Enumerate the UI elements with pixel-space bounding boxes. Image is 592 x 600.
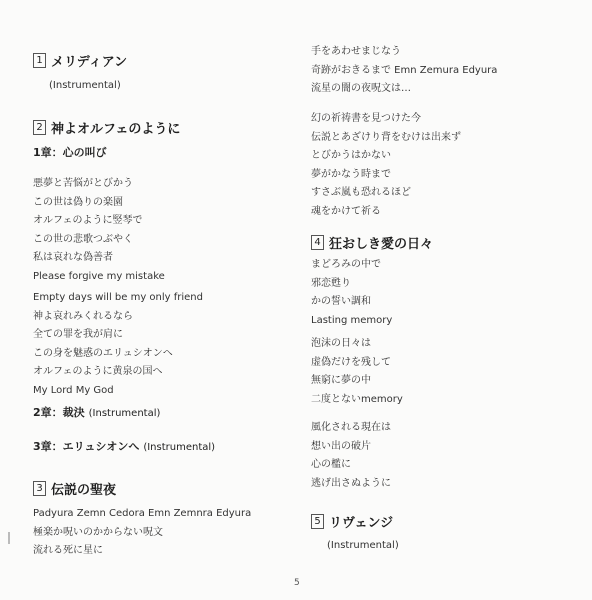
track-1-title: 1 メリディアン [33,51,127,70]
lyric-line: 二度とないmemory [311,391,403,410]
lyric-line: 想い出の破片 [311,438,391,457]
chapter-3-heading: 3章：エリュシオンへ(Instrumental) [33,438,215,454]
track-4-title: 4 狂おしき愛の日々 [311,233,433,252]
lyrics-block: 泡沫の日々は 虚偽だけを残して 無窮に夢の中 二度とないmemory [311,335,403,409]
page-edge-mark [8,532,10,544]
track-number-box: 3 [33,481,46,496]
track-title-text: 伝説の聖夜 [51,479,116,498]
track-number-box: 2 [33,120,46,135]
lyric-line: 無窮に夢の中 [311,372,403,391]
track-3-title: 3 伝説の聖夜 [33,479,116,498]
track-1-instrumental-note: (Instrumental) [49,80,121,91]
track-5-instrumental-note: (Instrumental) [327,540,399,551]
lyric-line: かの誓い調和 [311,293,392,312]
chapter-label: 3章：エリュシオンへ [33,440,139,453]
page-number: 5 [294,578,300,588]
lyric-line: 逃げ出さぬように [311,475,391,494]
chapter-instrumental-note: (Instrumental) [143,442,215,453]
lyric-line: Empty days will be my only friend [33,289,203,308]
lyric-line: 悪夢と苦悩がとびかう [33,175,165,194]
lyric-line: すさぶ嵐も恐れるほど [311,184,461,203]
lyric-line: 幻の祈祷書を見つけた今 [311,110,461,129]
lyrics-block: 悪夢と苦悩がとびかう この世は偽りの楽園 オルフェのように竪琴で この世の悲歌つ… [33,175,165,286]
track-title-text: 神よオルフェのように [51,118,180,137]
lyric-line: Please forgive my mistake [33,268,165,287]
track-number-box: 5 [311,514,324,529]
lyric-line: 伝説とあざけり背をむけは出来ず [311,129,461,148]
lyric-line: 極楽か呪いのかからない呪文 [33,524,251,543]
track-title-text: メリディアン [51,51,127,70]
lyric-line: この世の悲歌つぶやく [33,231,165,250]
lyrics-block: 手をあわせまじなう 奇跡がおきるまで Emn Zemura Edyura 流星の… [311,43,497,99]
track-5-title: 5 リヴェンジ [311,512,393,531]
lyrics-block: 幻の祈祷書を見つけた今 伝説とあざけり背をむけは出来ず とびかうはかない 夢がか… [311,110,461,221]
lyric-line: 私は哀れな偽善者 [33,249,165,268]
lyric-line: 風化される現在は [311,419,391,438]
lyric-line: 虚偽だけを残して [311,354,403,373]
lyrics-block: 風化される現在は 想い出の破片 心の檻に 逃げ出さぬように [311,419,391,493]
track-number-box: 4 [311,235,324,250]
lyric-line: Lasting memory [311,312,392,331]
chapter-label: 2章：裁決 [33,406,85,419]
lyric-line: この世は偽りの楽園 [33,194,165,213]
lyric-line: 流星の闇の夜呪文は… [311,80,497,99]
track-title-text: 狂おしき愛の日々 [329,233,433,252]
track-2-title: 2 神よオルフェのように [33,118,180,137]
lyric-line: 奇跡がおきるまで Emn Zemura Edyura [311,62,497,81]
lyric-line: この身を魅惑のエリュシオンへ [33,345,203,364]
lyric-line: 泡沫の日々は [311,335,403,354]
lyrics-block: Empty days will be my only friend 神よ哀れみく… [33,289,203,400]
lyric-line: 夢がかなう時まで [311,166,461,185]
lyric-line: オルフェのように黄泉の国へ [33,363,203,382]
lyric-line: 全ての罪を我が肩に [33,326,203,345]
lyric-line: 流れる死に星に [33,542,251,561]
chapter-2-heading: 2章：裁決(Instrumental) [33,404,160,420]
lyrics-block: まどろみの中で 邪恋甦り かの誓い調和 Lasting memory [311,256,392,330]
lyric-line: Padyura Zemn Cedora Emn Zemnra Edyura [33,505,251,524]
track-number-box: 1 [33,53,46,68]
lyric-line: 魂をかけて祈る [311,203,461,222]
lyrics-block: Padyura Zemn Cedora Emn Zemnra Edyura 極楽… [33,505,251,561]
lyric-line: 神よ哀れみくれるなら [33,308,203,327]
lyric-line: まどろみの中で [311,256,392,275]
lyric-line: 心の檻に [311,456,391,475]
lyric-line: とびかうはかない [311,147,461,166]
lyric-line: 手をあわせまじなう [311,43,497,62]
track-title-text: リヴェンジ [329,512,393,531]
lyric-line: 邪恋甦り [311,275,392,294]
lyric-line: オルフェのように竪琴で [33,212,165,231]
lyric-line: My Lord My God [33,382,203,401]
chapter-instrumental-note: (Instrumental) [89,408,161,419]
chapter-1-heading: 1章：心の叫び [33,144,107,160]
